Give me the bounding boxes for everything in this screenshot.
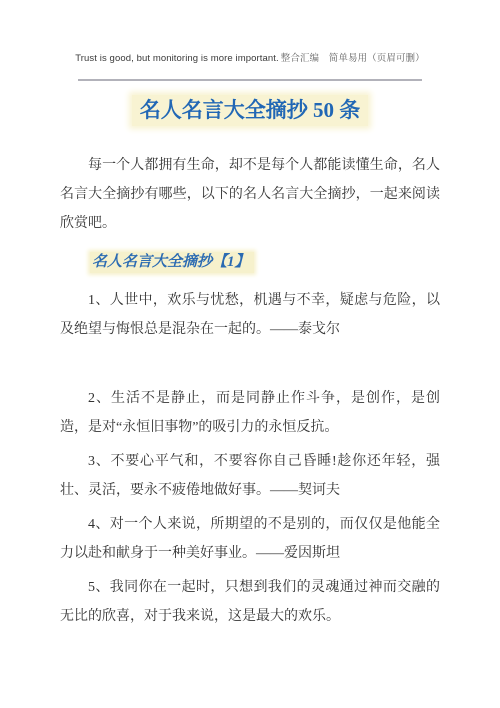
quote-item-4: 4、对一个人来说，所期望的不是别的，而仅仅是他能全力以赴和献身于一种美好事业。—… bbox=[60, 510, 440, 568]
section-heading: 名人名言大全摘抄【1】 bbox=[60, 251, 440, 273]
quote-item-2: 2、生活不是静止，而是同静止作斗争，是创作，是创造，是对“永恒旧事物”的吸引力的… bbox=[60, 384, 440, 442]
header-divider bbox=[78, 79, 422, 81]
quote-item-3: 3、不要心平气和，不要容你自己昏睡!趁你还年轻，强壮、灵活，要永不疲倦地做好事。… bbox=[60, 447, 440, 505]
document-body: 每一个人都拥有生命，却不是每个人都能读懂生命，名人名言大全摘抄有哪些，以下的名人… bbox=[60, 151, 440, 631]
quote-item-5: 5、我同你在一起时，只想到我们的灵魂通过神而交融的无比的欣喜，对于我来说，这是最… bbox=[60, 573, 440, 631]
page-title: 名人名言大全摘抄 50 条 bbox=[0, 96, 500, 124]
quote-item-1: 1、人世中，欢乐与忧愁，机遇与不幸，疑虑与危险，以及绝望与悔恨总是混杂在一起的。… bbox=[60, 286, 440, 344]
page-header: Trust is good, but monitoring is more im… bbox=[0, 0, 500, 64]
header-text-english: Trust is good, but monitoring is more im… bbox=[75, 53, 279, 64]
intro-paragraph: 每一个人都拥有生命，却不是每个人都能读懂生命，名人名言大全摘抄有哪些，以下的名人… bbox=[60, 151, 440, 238]
section-heading-text: 名人名言大全摘抄【1】 bbox=[90, 252, 254, 273]
page-title-text: 名人名言大全摘抄 50 条 bbox=[132, 95, 369, 126]
header-text-chinese: 整合汇编 简单易用（页眉可删） bbox=[281, 54, 425, 64]
document-page: Trust is good, but monitoring is more im… bbox=[0, 0, 500, 708]
